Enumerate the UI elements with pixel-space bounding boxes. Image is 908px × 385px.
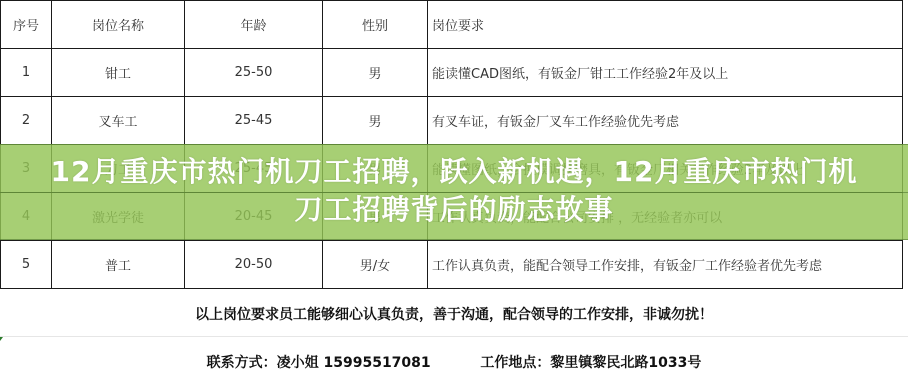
table-row: 1 钳工 25-50 男 能读懂CAD图纸，有钣金厂钳工工作经验2年及以上 <box>1 49 903 97</box>
footer-divider <box>0 336 908 337</box>
header-age: 年龄 <box>185 1 323 49</box>
cell-position: 钳工 <box>52 49 185 97</box>
contact-info: 联系方式：凌小姐 15995517081 <box>207 352 431 372</box>
article-title: 12月重庆市热门机刀工招聘，跃入新机遇，12月重庆市热门机 刀工招聘背后的励志故… <box>0 153 908 229</box>
header-gender: 性别 <box>323 1 428 49</box>
article-title-line-2: 刀工招聘背后的励志故事 <box>0 191 908 229</box>
cell-no: 2 <box>1 97 52 145</box>
header-no: 序号 <box>1 1 52 49</box>
cell-requirement: 工作认真负责，能配合领导工作安排，有钣金厂工作经验者优先考虑 <box>428 241 903 289</box>
cell-no: 5 <box>1 241 52 289</box>
table-header-row: 序号 岗位名称 年龄 性别 岗位要求 <box>1 1 903 49</box>
cell-corner-marker-icon <box>0 337 3 341</box>
work-address: 工作地点：黎里镇黎民北路1033号 <box>480 352 701 372</box>
cell-position: 叉车工 <box>52 97 185 145</box>
contact-line: 联系方式：凌小姐 15995517081 工作地点：黎里镇黎民北路1033号 <box>0 352 908 372</box>
header-position: 岗位名称 <box>52 1 185 49</box>
table-row: 5 普工 20-50 男/女 工作认真负责，能配合领导工作安排，有钣金厂工作经验… <box>1 241 903 289</box>
band-top-border <box>0 144 908 145</box>
cell-gender: 男 <box>323 49 428 97</box>
cell-gender: 男/女 <box>323 241 428 289</box>
cell-gender: 男 <box>323 97 428 145</box>
cell-position: 普工 <box>52 241 185 289</box>
cell-requirement: 能读懂CAD图纸，有钣金厂钳工工作经验2年及以上 <box>428 49 903 97</box>
table-row: 2 叉车工 25-45 男 有叉车证，有钣金厂叉车工作经验优先考虑 <box>1 97 903 145</box>
article-title-line-1: 12月重庆市热门机刀工招聘，跃入新机遇，12月重庆市热门机 <box>0 153 908 191</box>
cell-age: 20-50 <box>185 241 323 289</box>
requirements-note: 以上岗位要求员工能够细心认真负责，善于沟通，配合领导的工作安排，非诚勿扰！ <box>0 304 908 324</box>
cell-age: 25-45 <box>185 97 323 145</box>
band-bottom-border <box>0 239 908 240</box>
cell-requirement: 有叉车证，有钣金厂叉车工作经验优先考虑 <box>428 97 903 145</box>
cell-age: 25-50 <box>185 49 323 97</box>
header-requirement: 岗位要求 <box>428 1 903 49</box>
cell-no: 1 <box>1 49 52 97</box>
